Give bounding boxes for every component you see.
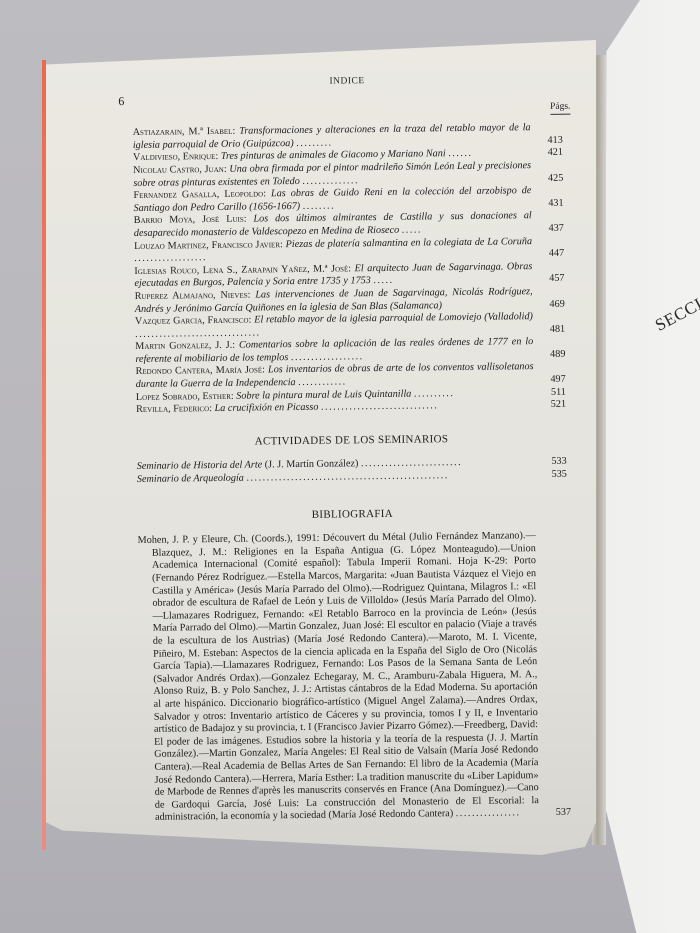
toc-title: La crucifixión en Picasso bbox=[215, 402, 319, 414]
seminario-title: Seminario de Historia del Arte bbox=[137, 460, 263, 473]
toc-page: 421 bbox=[537, 147, 563, 160]
toc-page: 497 bbox=[540, 374, 566, 387]
toc-page: 413 bbox=[537, 135, 563, 148]
bibliografia-entry: Mohen, J. P. y Eleure, Ch. (Coords.), 19… bbox=[138, 530, 572, 825]
seminario-page: 535 bbox=[541, 469, 567, 482]
bibliografia-text: Mohen, J. P. y Eleure, Ch. (Coords.), 19… bbox=[138, 530, 539, 823]
toc-page: 425 bbox=[537, 172, 563, 185]
seminario-title: Seminario de Arqueología bbox=[137, 473, 244, 485]
toc-page: 457 bbox=[538, 273, 564, 286]
toc-author: Barrio Moya, José Luis bbox=[134, 214, 244, 226]
seminarios-heading: ACTIVIDADES DE LOS SEMINARIOS bbox=[136, 432, 566, 450]
bibliografia-heading: BIBLIOGRAFIA bbox=[137, 505, 567, 523]
toc-author: Martin Gonzalez, J. J. bbox=[135, 340, 232, 352]
seminario-note: (J. J. Martín González) bbox=[265, 459, 359, 471]
red-page-edge bbox=[42, 60, 46, 850]
toc-author: Revilla, Federico bbox=[136, 403, 209, 415]
toc-title: El retablo mayor de la iglesia parroquia… bbox=[254, 311, 533, 325]
toc-title: Sobre la pintura mural de Luis Quintanil… bbox=[236, 388, 411, 401]
toc-page: 489 bbox=[539, 349, 565, 362]
bibliografia-page: 537 bbox=[570, 807, 571, 820]
toc-author: Iglesias Rouco, Lena S., Zarapain Yañez,… bbox=[134, 263, 348, 277]
toc-page: 469 bbox=[539, 298, 565, 311]
toc-page: 521 bbox=[540, 399, 566, 412]
toc-page: 481 bbox=[539, 323, 565, 336]
toc-author: Louzao Martinez, Francisco Javier bbox=[134, 239, 280, 252]
toc-title: Tres pinturas de animales de Giacomo y M… bbox=[221, 149, 446, 163]
toc-author: Redondo Cantera, María José bbox=[136, 365, 263, 378]
table-of-contents: Astiazarain, M.ª Isabel: Transformacione… bbox=[133, 122, 567, 417]
seminario-page: 533 bbox=[541, 456, 567, 469]
toc-author: Vazquez Garcia, Francisco bbox=[135, 315, 249, 327]
toc-author: Astiazarain, M.ª Isabel bbox=[133, 126, 233, 138]
toc-page: 511 bbox=[540, 386, 566, 399]
toc-page: 447 bbox=[538, 248, 564, 261]
toc-page: 431 bbox=[537, 197, 563, 210]
page-number: 6 bbox=[118, 89, 562, 107]
pages-column-label: Págs. bbox=[550, 101, 570, 115]
toc-author: Fernandez Gasalla, Leopoldo bbox=[133, 189, 263, 202]
index-content: INDICE 6 Págs. Astiazarain, M.ª Isabel: … bbox=[132, 73, 571, 825]
toc-author: Lopez Sobrado, Esther bbox=[136, 390, 231, 402]
toc-title: Piezas de platería salmantina en la cole… bbox=[286, 236, 533, 250]
toc-author: Nicolau Castro, Juan bbox=[133, 164, 224, 176]
toc-author: Ruperez Almajano, Nieves bbox=[135, 290, 248, 302]
toc-author: Valdivieso, Enrique bbox=[133, 151, 216, 163]
facing-page bbox=[592, 0, 700, 933]
toc-page: 437 bbox=[538, 223, 564, 236]
